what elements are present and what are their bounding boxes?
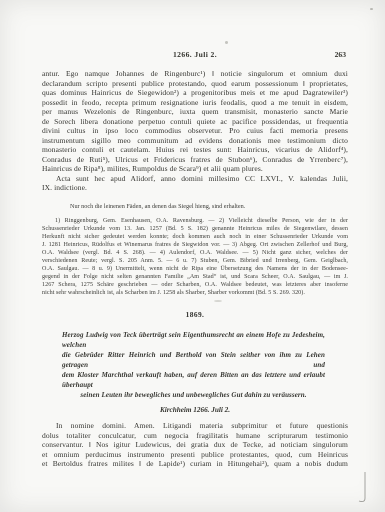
- scan-speck: [214, 300, 222, 302]
- text-line: monasterio contuli et cautelam. Huius re…: [42, 145, 348, 155]
- seal-note: Nur noch die leinenen Fäden, an denen da…: [70, 203, 348, 211]
- entry-number: 1869.: [42, 310, 348, 319]
- footnote-line: Herkunft nicht sicher gedeutet werden ko…: [42, 233, 348, 241]
- footnote-line: O.A. Saulgau. — 8 u. 9) Unermittelt, wen…: [42, 265, 348, 273]
- text-line: Hainricus de Ripa⁸), milites, Rumpoldus …: [42, 164, 348, 174]
- pen-mark-artifact: [356, 470, 370, 506]
- text-line: antur. Ego namque Johannes de Ringenburc…: [42, 69, 348, 79]
- text-line: quas dominus Hainricus de Siegewidon²) a…: [42, 88, 348, 98]
- running-header: 1266. Juli 2. 263: [42, 50, 348, 60]
- charter-text-1869: In nomine domini. Amen. Litigandi materi…: [42, 421, 348, 469]
- regest-line: die Gebrüder Ritter Heinrich und Berthol…: [62, 350, 325, 370]
- footnote-line: Schussenrieder Urkunde vom 13. Jan. 1257…: [42, 225, 348, 233]
- footnote-line: 1) Ringgenburg, Gem. Esenhausen, O.A. Ra…: [42, 217, 348, 225]
- regest-summary: Herzog Ludwig von Teck überträgt sein Ei…: [42, 330, 348, 400]
- text-line: de Sorech libera donatione perpetuo cont…: [42, 117, 348, 127]
- regest-line: Herzog Ludwig von Teck überträgt sein Ei…: [62, 330, 325, 350]
- text-line: Conradus de Ruti⁵), Ulricus et Fridericu…: [42, 155, 348, 165]
- regest-line: seinen Leuten ihr bewegliches und unbewe…: [62, 390, 325, 400]
- text-line: per manus Wezelonis de Ringenburc, iuxta…: [42, 107, 348, 117]
- text-line: declarandum scripto presenti publice pro…: [42, 79, 348, 89]
- scanned-book-page: 1266. Juli 2. 263 antur. Ego namque Joha…: [0, 0, 385, 512]
- footnote-line: 1267 Schera, 1275 Schäre geschrieben — o…: [42, 281, 348, 289]
- charter-text-continuation: antur. Ego namque Johannes de Ringenburc…: [42, 69, 348, 193]
- text-line: instrumentum sigillo meo communitum ad e…: [42, 136, 348, 146]
- footnote-line: verschiedenen Reute; vergl. S. 205 Anm. …: [42, 257, 348, 265]
- text-line: IX. indictione.: [42, 183, 348, 193]
- scan-speck: [225, 41, 228, 44]
- text-line: possedit in feodo, recepta primum resign…: [42, 98, 348, 108]
- text-line: Acta sunt hec apud Alidorf, anno domini …: [42, 174, 348, 184]
- header-date: 1266. Juli 2.: [42, 50, 348, 59]
- footnote-line: O.A. Waldsee (vergl. Bd. 4 S. 268). — 4)…: [42, 249, 348, 257]
- footnote-line: gegend in der Folge nicht selten genannt…: [42, 273, 348, 281]
- footnote-line: J. 1281 Heinricus, Rüdolfus et Winemarus…: [42, 241, 348, 249]
- text-line: divini cultus in ipso loco commodius obs…: [42, 126, 348, 136]
- text-line: et Bertoldus fratres milites ‖ de Lapide…: [42, 459, 348, 469]
- text-line: conservantur. ‖ Nos igitur Ludewicus, de…: [42, 440, 348, 450]
- page-number: 263: [335, 50, 346, 59]
- text-line: In nomine domini. Amen. Litigandi materi…: [42, 421, 348, 431]
- footnote-line: nicht sehr wahrscheinlich ist, als Schar…: [42, 289, 348, 297]
- footnotes-block: 1) Ringgenburg, Gem. Esenhausen, O.A. Ra…: [42, 217, 348, 298]
- text-line: et omnium perducimus instrumento present…: [42, 450, 348, 460]
- charter-dateline: Kirchheim 1266. Juli 2.: [42, 406, 348, 414]
- text-line: dolus totaliter conculcatur, cum negocia…: [42, 431, 348, 441]
- scan-speck: [370, 8, 373, 10]
- regest-line: dem Kloster Marchthal verkauft haben, au…: [62, 370, 325, 390]
